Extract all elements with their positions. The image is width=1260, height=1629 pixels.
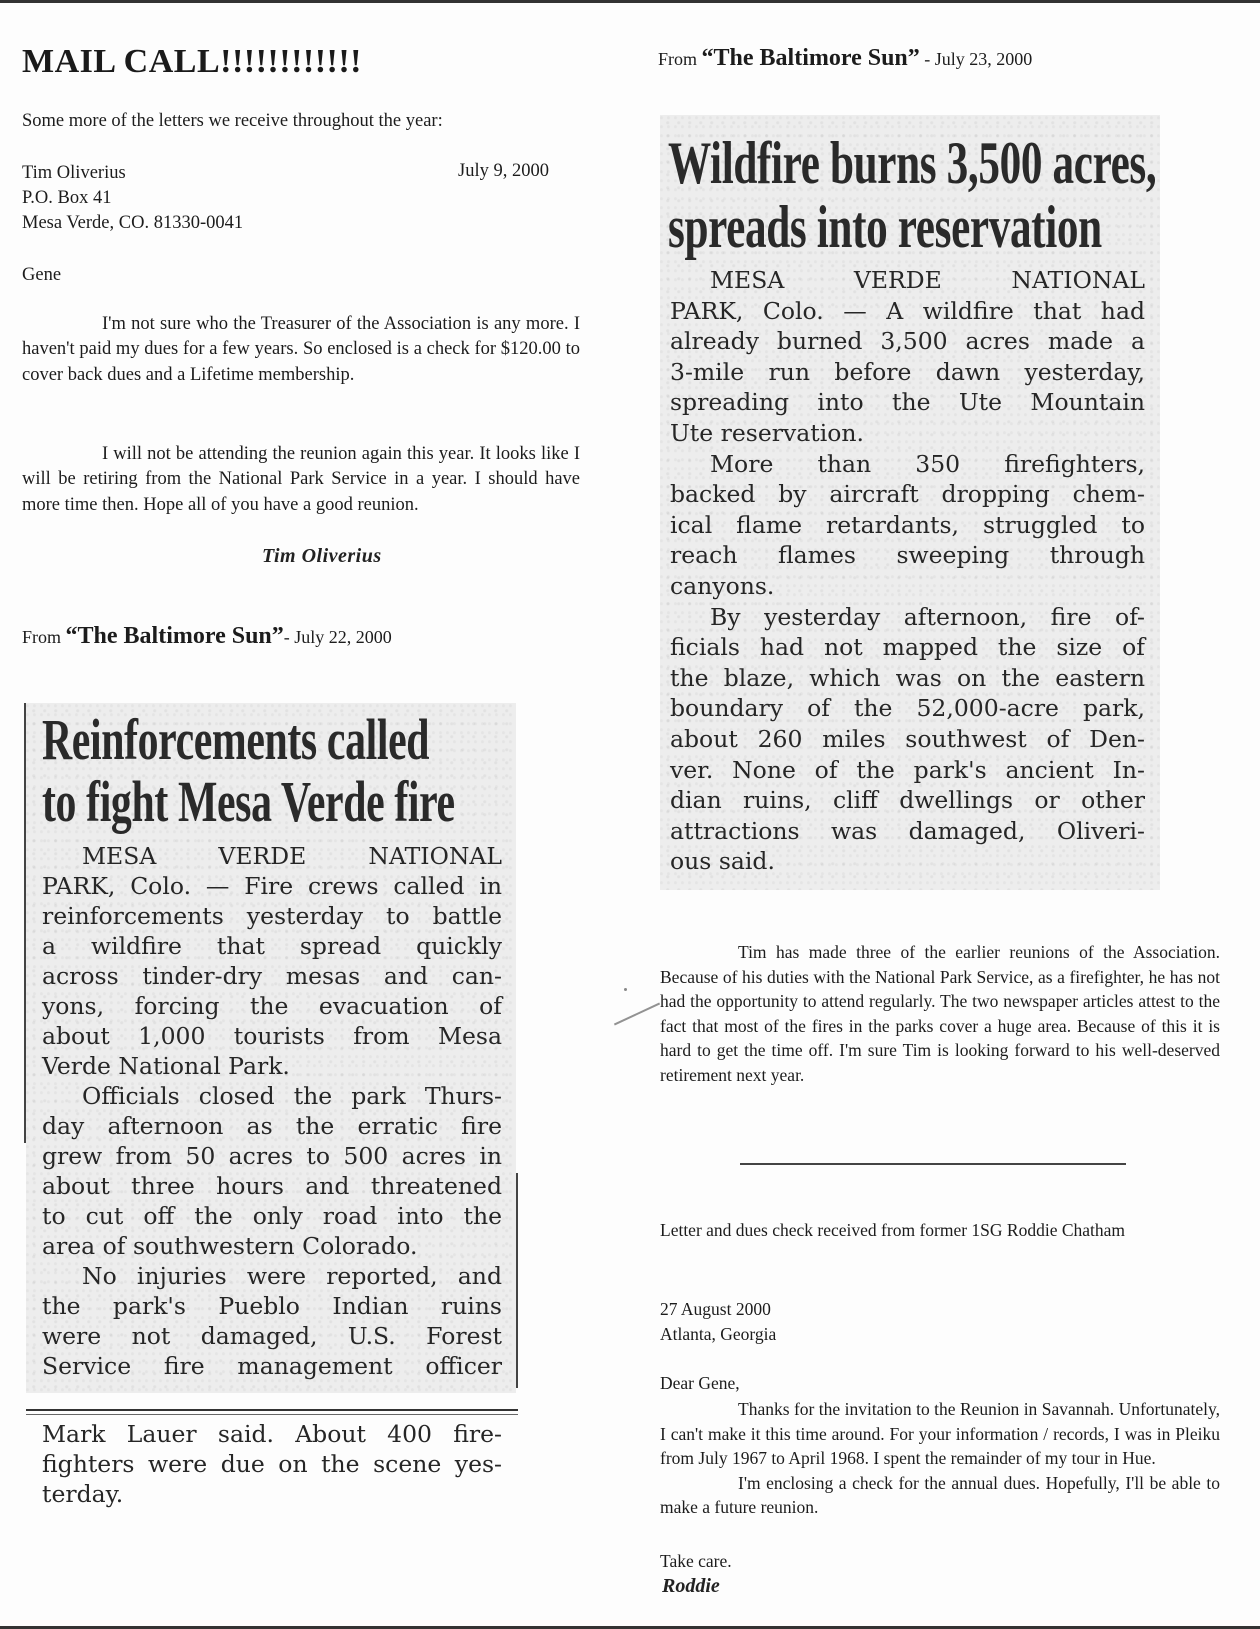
section-divider [740, 1163, 1126, 1165]
column-divider [26, 1409, 518, 1415]
article-headline: Wildfire burns 3,500 acres, spreads into… [668, 131, 1156, 259]
page-title: MAIL CALL!!!!!!!!!!!! [22, 43, 362, 81]
sender-address: Tim Oliverius P.O. Box 41 Mesa Verde, CO… [22, 161, 243, 236]
roddie-closing: Take care. [660, 1551, 732, 1572]
clipping-border [516, 1173, 518, 1388]
roddie-salutation: Dear Gene, [660, 1373, 740, 1394]
source-prefix: From [658, 49, 697, 69]
signature-tim: Tim Oliverius [262, 545, 382, 568]
source-credit-1: From “The Baltimore Sun”- July 22, 2000 [22, 623, 392, 650]
article-body: MESA VERDE NATIONAL PARK, Colo. — Fire c… [42, 841, 502, 1381]
source-paper: “The Baltimore Sun” [702, 45, 920, 71]
pen-mark [614, 1003, 660, 1026]
clipping-border [24, 703, 26, 1143]
roddie-date: 27 August 2000 [660, 1297, 776, 1322]
letter-date: July 9, 2000 [458, 161, 549, 182]
source-paper: “The Baltimore Sun” [66, 623, 284, 649]
roddie-date-location: 27 August 2000 Atlanta, Georgia [660, 1297, 776, 1346]
letter-paragraph: Thanks for the invitation to the Reunion… [660, 1397, 1220, 1471]
sender-po-box: P.O. Box 41 [22, 186, 243, 211]
source-date: - July 23, 2000 [924, 49, 1032, 69]
article-continuation: Mark Lauer said. About 400 fire- fighter… [42, 1419, 502, 1509]
roddie-location: Atlanta, Georgia [660, 1322, 776, 1347]
letter-paragraph: I'm enclosing a check for the annual due… [660, 1471, 1220, 1520]
sender-name: Tim Oliverius [22, 161, 243, 186]
signature-roddie: Roddie [662, 1575, 720, 1598]
article-body: MESA VERDE NATIONAL PARK, Colo. — A wild… [670, 265, 1145, 877]
pen-mark [624, 988, 627, 991]
source-prefix: From [22, 627, 61, 647]
document-page: MAIL CALL!!!!!!!!!!!! Some more of the l… [0, 0, 1260, 1629]
article-headline: Reinforcements called to fight Mesa Verd… [42, 709, 455, 833]
letter-salutation: Gene [22, 265, 61, 286]
letter-paragraph: I'm not sure who the Treasurer of the As… [22, 312, 580, 388]
roddie-letter-body: Thanks for the invitation to the Reunion… [660, 1397, 1220, 1520]
source-credit-2: From “The Baltimore Sun” - July 23, 2000 [658, 45, 1032, 72]
source-date: - July 22, 2000 [284, 627, 392, 647]
intro-text: Some more of the letters we receive thro… [22, 111, 443, 132]
roddie-intro: Letter and dues check received from form… [660, 1218, 1220, 1243]
letter-paragraph: I will not be attending the reunion agai… [22, 442, 580, 518]
sender-city: Mesa Verde, CO. 81330-0041 [22, 211, 243, 236]
editor-note: Tim has made three of the earlier reunio… [660, 940, 1220, 1087]
